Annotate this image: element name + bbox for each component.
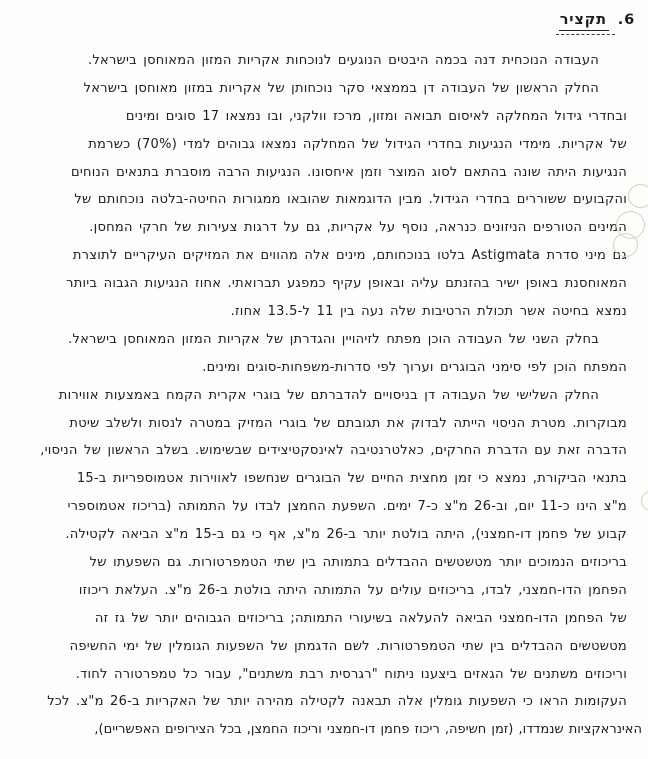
text-line: קבוע של פחמן דו-חמצני), היתה בולטת יותר … <box>21 521 627 549</box>
text-line: האינראקציות שנמדדו, (זמן חשיפה, ריכוז פח… <box>5 716 642 744</box>
text-line: והקבועים ששוררים בחדרי הגידול. מבין הדוג… <box>21 186 627 214</box>
text-line: וריכוזים משתנים של הגאזים ביצענו ניתוח "… <box>21 661 627 689</box>
text-line: מטשטשים ההבדלים בין שתי הטמפרטורות. לשם … <box>21 633 627 661</box>
text-line: הדברה זאת עם הדברת החרקים, כאלטרנטיבה לא… <box>21 437 627 465</box>
text-line: החלק השלישי של העבודה דן בניסויים להדברת… <box>21 382 627 410</box>
abstract-text-block: העבודה הנוכחית דנה בכמה היבטים הנוגעים ל… <box>21 47 627 744</box>
text-line: החלק הראשון של העבודה דן בממצאי סקר נוכח… <box>21 75 627 103</box>
text-line: של אקריות. מימדי הנגיעות בחדרי הגידול של… <box>21 131 627 159</box>
text-line: מבוקרות. מטרת הניסוי הייתה לבדוק את תגוב… <box>21 410 627 438</box>
text-line: בתנאי הביקורת, נמצא כי זמן מחצית החיים ש… <box>21 465 627 493</box>
text-line: נמצא בחיטה אשר תכולת הרטיבות שלה נעה בין… <box>21 298 627 326</box>
text-line: מ"צ הינו כ-11 יום, וב-26 מ"צ כ-7 ימים. ה… <box>21 493 627 521</box>
text-line: ובחדרי גידול המחלקה לאיסום תבואה ומזון, … <box>21 103 627 131</box>
scan-artifact-circle <box>641 491 648 511</box>
text-line: הפחמן הדו-חמצני, לבדו, בריכוזים עולים על… <box>21 577 627 605</box>
section-number: 6. <box>618 12 635 28</box>
text-line: בריכוזים הנמוכים יותר מטשטשים ההבדלים בת… <box>21 549 627 577</box>
text-line: המאוחסנת באופן ישיר בהזנתם עליה ובאופן ע… <box>21 270 627 298</box>
text-line: של הפחמן הדו-חמצני הביאה להעלאה בשיעורי … <box>21 605 627 633</box>
text-line: העבודה הנוכחית דנה בכמה היבטים הנוגעים ל… <box>21 47 627 75</box>
scan-artifact-circle <box>613 233 638 257</box>
text-line: בחלק השני של העבודה הוכן מפתח לזיהויין ו… <box>21 326 627 354</box>
section-header: 6.תקציר <box>559 12 635 31</box>
text-line: גם מיני סדרת Astigmata בלטו בנוכחותם, מי… <box>21 242 627 270</box>
page-title: תקציר <box>559 12 609 31</box>
text-line: המפתח הוכן לפי סימני הבוגרים וערוך לפי ס… <box>21 354 627 382</box>
text-line: המינים הטורפים הניזונים כנראה, נוסף על א… <box>21 214 627 242</box>
text-line: הנגיעות היתה שונה בהתאם לסוג המוצר וזמן … <box>21 159 627 187</box>
scan-artifact-circle <box>628 184 648 208</box>
text-line: העקומות הראו כי השפעות גומלין אלה תבאנה … <box>21 688 627 716</box>
document-page: 6.תקציר העבודה הנוכחית דנה בכמה היבטים ה… <box>0 0 648 759</box>
